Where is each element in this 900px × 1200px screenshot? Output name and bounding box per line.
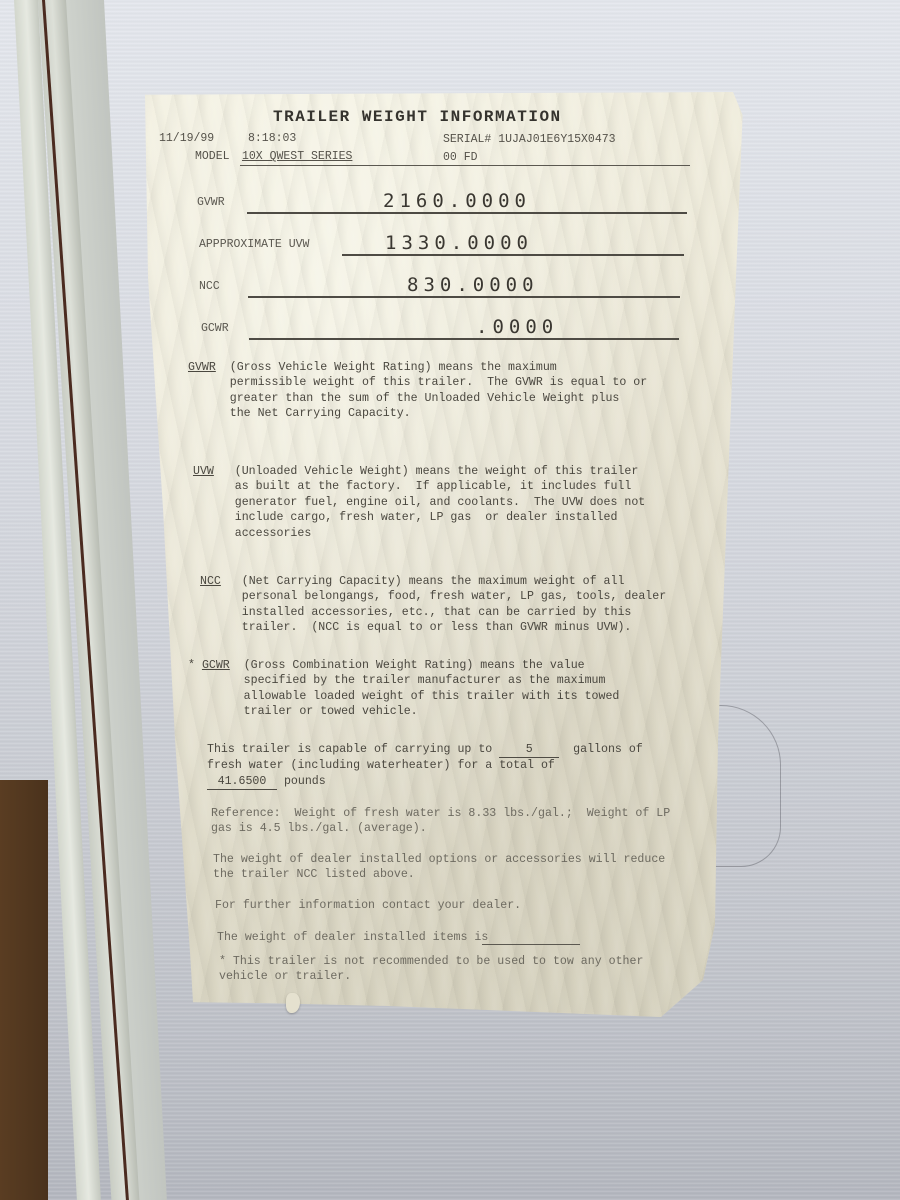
model-code: 00 FD [443, 151, 478, 164]
uvw-definition: UVW (Unloaded Vehicle Weight) means the … [193, 464, 645, 541]
contact-dealer-note: For further information contact your dea… [215, 898, 521, 913]
model-underline [240, 165, 690, 166]
reference-note: Reference: Weight of fresh water is 8.33… [211, 806, 670, 837]
gvwr-line [247, 212, 687, 214]
gcwr-value: .0000 [476, 316, 558, 338]
ncc-term: NCC [200, 575, 221, 588]
uvw-term: UVW [193, 465, 214, 478]
gvwr-definition: GVWR (Gross Vehicle Weight Rating) means… [188, 360, 647, 422]
gvwr-term: GVWR [188, 361, 216, 374]
gcwr-label: GCWR [201, 322, 229, 335]
tow-footnote: * This trailer is not recommended to be … [219, 954, 643, 985]
gcwr-line [249, 338, 679, 340]
dealer-items-blank [482, 944, 580, 945]
gcwr-definition: * GCWR (Gross Combination Weight Rating)… [188, 658, 619, 720]
gcwr-term: GCWR [202, 659, 230, 672]
ncc-label: NCC [199, 280, 220, 293]
door-gap [0, 780, 48, 1200]
label-title: TRAILER WEIGHT INFORMATION [273, 108, 562, 126]
ncc-value: 830.0000 [407, 274, 539, 296]
dealer-items-weight: The weight of dealer installed items is [217, 930, 488, 945]
gvwr-label: GVWR [197, 196, 225, 209]
serial-number: SERIAL# 1UJAJ01E6Y15X0473 [443, 133, 616, 146]
gvwr-value: 2160.0000 [383, 190, 531, 212]
uvw-value: 1330.0000 [385, 232, 533, 254]
water-pounds-value: 41.6500 [207, 774, 277, 790]
ncc-definition: NCC (Net Carrying Capacity) means the ma… [200, 574, 666, 636]
water-capacity: This trailer is capable of carrying up t… [207, 742, 643, 790]
print-date: 11/19/99 [159, 132, 214, 145]
print-time: 8:18:03 [248, 132, 296, 145]
uvw-line [342, 254, 684, 256]
weight-info-label: TRAILER WEIGHT INFORMATION 11/19/99 8:18… [145, 92, 745, 1017]
model-value: 10X QWEST SERIES [242, 150, 352, 163]
dealer-options-note: The weight of dealer installed options o… [213, 852, 665, 883]
uvw-label: APPPROXIMATE UVW [199, 238, 309, 251]
ncc-line [248, 296, 680, 298]
model-label: MODEL [195, 150, 230, 163]
gallons-value: 5 [499, 742, 559, 758]
